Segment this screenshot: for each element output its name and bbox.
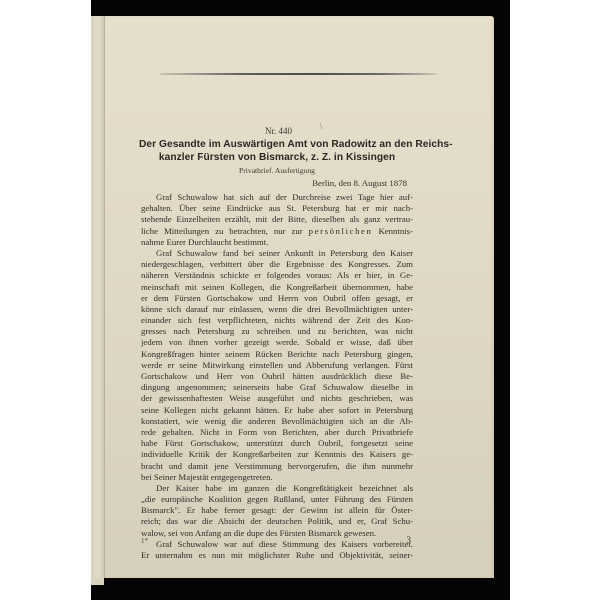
body-line: Er unternahm es nun mit möglichster Ruhe…	[141, 550, 413, 561]
body-line: gehalten. Über seine Eindrücke aus St. P…	[141, 203, 413, 214]
body-line: Gortschakow und Herr von Oubril hätten a…	[141, 371, 413, 382]
body-line: einander sich fest verpflichteten, nicht…	[141, 315, 413, 326]
body-line: habe Fürst Gortschakow, unterstützt durc…	[141, 438, 413, 449]
body-line: Der Kaiser habe im ganzen die Kongreßtät…	[141, 483, 413, 494]
body-line: jedem von ihnen vorher gezeigt werde. So…	[141, 337, 413, 348]
body-line: „die europäische Koalition gegen Rußland…	[141, 494, 413, 505]
body-line: er dem Fürsten Gortschakow und Herrn von…	[141, 293, 413, 304]
body-line: der gewissenhaftesten Weise ausgeführt u…	[141, 393, 413, 404]
body-line: dingung angenommen; seinerseits habe Gra…	[141, 382, 413, 393]
body-line: könne sich darauf nur einlassen, wenn di…	[141, 304, 413, 315]
binding-foot	[91, 578, 104, 585]
body-line: Bismarck". Er habe ferner gesagt: der Ge…	[141, 505, 413, 516]
body-line: meinschaft mit seinen Kollegen, die Kong…	[141, 282, 413, 293]
margin-mark: \	[320, 122, 322, 131]
title-line-2: kanzler Fürsten von Bismarck, z. Z. in K…	[139, 151, 415, 164]
body-line: seine Kollegen nicht gekannt hätten. Er …	[141, 405, 413, 416]
body-line: Graf Schuwalow fand bei seiner Ankunft i…	[141, 248, 413, 259]
body-line: konstatiert, wie wenig die anderen Bevol…	[141, 416, 413, 427]
body-line: individuelle Kritik der Kongreßarbeiten …	[141, 449, 413, 460]
body-line: Graf Schuwalow hat sich auf der Durchrei…	[141, 192, 413, 203]
body-line: gresses nach Petersburg zu schreiben und…	[141, 326, 413, 337]
body-line: reich; das war die Absicht der deutschen…	[141, 516, 413, 527]
body-line: Graf Schuwalow war auf diese Stimmung de…	[141, 539, 413, 550]
body-line: liche Mitteilungen zu betrachten, nur zu…	[141, 226, 413, 237]
body-line: stehende Einzelheiten erzählt, mit der B…	[141, 214, 413, 225]
body-line: walow, sei von Anfang an die dupe des Fü…	[141, 528, 413, 539]
signature-mark: 1*	[141, 537, 148, 545]
body-line: Kongreßfragen hinter seinem Rücken Beric…	[141, 349, 413, 360]
body-text: Graf Schuwalow hat sich auf der Durchrei…	[141, 192, 413, 561]
body-line: werde er seine Mitwirkung einstellen und…	[141, 360, 413, 371]
title-line-1: Der Gesandte im Auswärtigen Amt von Rado…	[139, 138, 415, 151]
body-line: näheren Verständnis schickte er folgende…	[141, 270, 413, 281]
document-subtitle: Privatbrief. Ausfertigung	[139, 166, 415, 175]
document-number: Nr. 440	[265, 126, 345, 136]
body-line: bracht und damit jene Verstimmung hervor…	[141, 461, 413, 472]
body-line: rede gehalten. Nicht in Form von Bericht…	[141, 427, 413, 438]
emphasized-word: persönlichen	[309, 226, 373, 236]
document-title: Der Gesandte im Auswärtigen Amt von Rado…	[139, 138, 415, 164]
body-line: nahme Eurer Durchlaucht bestimmt.	[141, 237, 413, 248]
dateline: Berlin, den 8. August 1878	[297, 178, 407, 188]
page-number: 3	[397, 535, 411, 545]
body-line: bei Seiner Majestät entgegengetreten.	[141, 472, 413, 483]
body-line: niedergeschlagen, verbittert über die Er…	[141, 259, 413, 270]
page-content: Nr. 440 \ Der Gesandte im Auswärtigen Am…	[91, 16, 494, 578]
